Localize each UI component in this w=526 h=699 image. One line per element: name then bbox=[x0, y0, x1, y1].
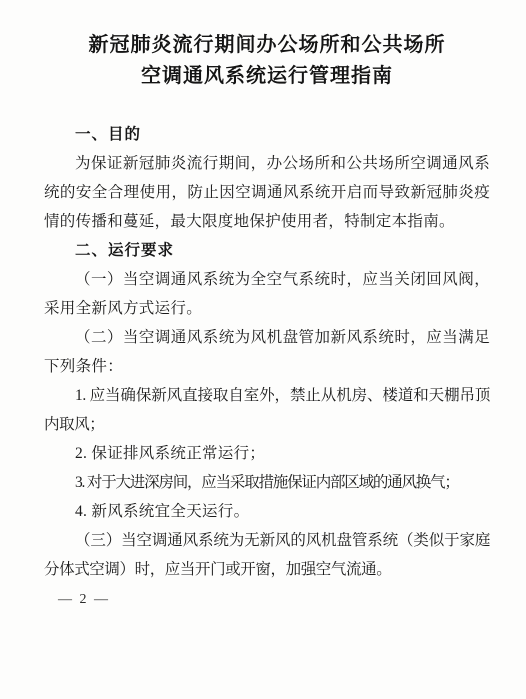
paragraph-condition-4: 4. 新风系统宜全天运行。 bbox=[44, 497, 490, 526]
title-line-2: 空调通风系统运行管理指南 bbox=[44, 61, 490, 92]
title-line-1: 新冠肺炎流行期间办公场所和公共场所 bbox=[44, 30, 490, 61]
page-number: — 2 — bbox=[44, 592, 490, 608]
document-title: 新冠肺炎流行期间办公场所和公共场所 空调通风系统运行管理指南 bbox=[44, 30, 490, 92]
section-purpose: 一、目的 为保证新冠肺炎流行期间，办公场所和公共场所空调通风系统的安全合理使用，… bbox=[44, 120, 490, 236]
section-heading-requirements: 二、运行要求 bbox=[44, 236, 490, 265]
document-page: 新冠肺炎流行期间办公场所和公共场所 空调通风系统运行管理指南 一、目的 为保证新… bbox=[0, 0, 526, 699]
paragraph-requirement-1: （一）当空调通风系统为全空气系统时，应当关闭回风阀，采用全新风方式运行。 bbox=[44, 265, 490, 323]
paragraph-requirement-3: （三）当空调通风系统为无新风的风机盘管系统（类似于家庭分体式空调）时，应当开门或… bbox=[44, 526, 490, 584]
section-heading-purpose: 一、目的 bbox=[44, 120, 490, 149]
paragraph-condition-2: 2. 保证排风系统正常运行； bbox=[44, 439, 490, 468]
paragraph-condition-1: 1. 应当确保新风直接取自室外，禁止从机房、楼道和天棚吊顶内取风； bbox=[44, 381, 490, 439]
paragraph-requirement-2: （二）当空调通风系统为风机盘管加新风系统时，应当满足下列条件： bbox=[44, 323, 490, 381]
paragraph-purpose: 为保证新冠肺炎流行期间，办公场所和公共场所空调通风系统的安全合理使用，防止因空调… bbox=[44, 149, 490, 236]
section-requirements: 二、运行要求 （一）当空调通风系统为全空气系统时，应当关闭回风阀，采用全新风方式… bbox=[44, 236, 490, 584]
paragraph-condition-3: 3. 对于大进深房间，应当采取措施保证内部区域的通风换气； bbox=[44, 468, 490, 497]
